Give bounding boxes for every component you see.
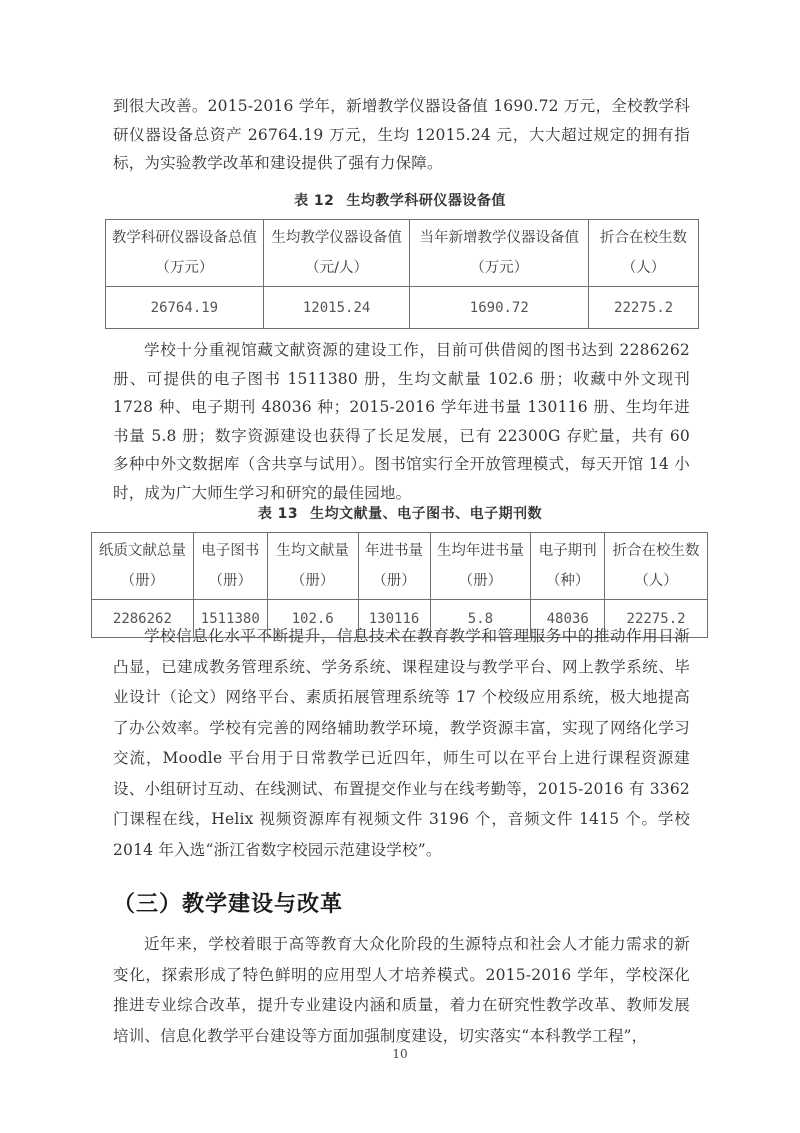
paragraph-teaching-reform: 近年来，学校着眼于高等教育大众化阶段的生源特点和社会人才能力需求的新变化，探索形…: [113, 929, 690, 1051]
table-12-header-row: 教学科研仪器设备总值 （万元） 生均教学仪器设备值 （元/人） 当年新增教学仪器…: [106, 220, 699, 287]
table-13-header-row: 纸质文献总量 （册） 电子图书 （册） 生均文献量 （册） 年进书量 （册） 生…: [92, 533, 708, 600]
paragraph-equipment-summary: 到很大改善。2015-2016 学年，新增教学仪器设备值 1690.72 万元，…: [113, 92, 690, 178]
table-13-header-cell: 生均年进书量 （册）: [430, 533, 531, 600]
table-12-cell: 1690.72: [410, 287, 589, 329]
page-number: 10: [0, 1047, 800, 1061]
table-12-cell: 12015.24: [263, 287, 410, 329]
table-12-number: 表 12: [294, 193, 334, 209]
table-13-header-cell: 纸质文献总量 （册）: [92, 533, 194, 600]
table-12: 教学科研仪器设备总值 （万元） 生均教学仪器设备值 （元/人） 当年新增教学仪器…: [105, 219, 699, 329]
table-12-header-cell: 折合在校生数 （人）: [589, 220, 699, 287]
table-13-header-cell: 电子期刊 （种）: [531, 533, 605, 600]
table-13-number: 表 13: [258, 506, 298, 522]
table-12-header-cell: 教学科研仪器设备总值 （万元）: [106, 220, 264, 287]
document-page: 到很大改善。2015-2016 学年，新增教学仪器设备值 1690.72 万元，…: [0, 0, 800, 1133]
table-13-header-cell: 折合在校生数 （人）: [605, 533, 708, 600]
table-12-data-row: 26764.19 12015.24 1690.72 22275.2: [106, 287, 699, 329]
section-heading: （三）教学建设与改革: [113, 887, 343, 918]
paragraph-library-resources: 学校十分重视馆藏文献资源的建设工作，目前可供借阅的图书达到 2286262 册、…: [113, 336, 690, 507]
table-13-caption: 表 13生均文献量、电子图书、电子期刊数: [0, 503, 800, 523]
table-12-header-cell: 当年新增教学仪器设备值 （万元）: [410, 220, 589, 287]
table-13-header-cell: 年进书量 （册）: [358, 533, 430, 600]
table-12-cell: 26764.19: [106, 287, 264, 329]
table-13-header-cell: 生均文献量 （册）: [267, 533, 358, 600]
table-12-caption: 表 12生均教学科研仪器设备值: [0, 190, 800, 210]
table-12-title: 生均教学科研仪器设备值: [346, 193, 506, 209]
table-13-header-cell: 电子图书 （册）: [193, 533, 267, 600]
table-12-cell: 22275.2: [589, 287, 699, 329]
table-13-title: 生均文献量、电子图书、电子期刊数: [310, 506, 542, 522]
paragraph-informatization: 学校信息化水平不断提升，信息技术在教育教学和管理服务中的推动作用日渐凸显，已建成…: [113, 621, 690, 865]
table-12-header-cell: 生均教学仪器设备值 （元/人）: [263, 220, 410, 287]
